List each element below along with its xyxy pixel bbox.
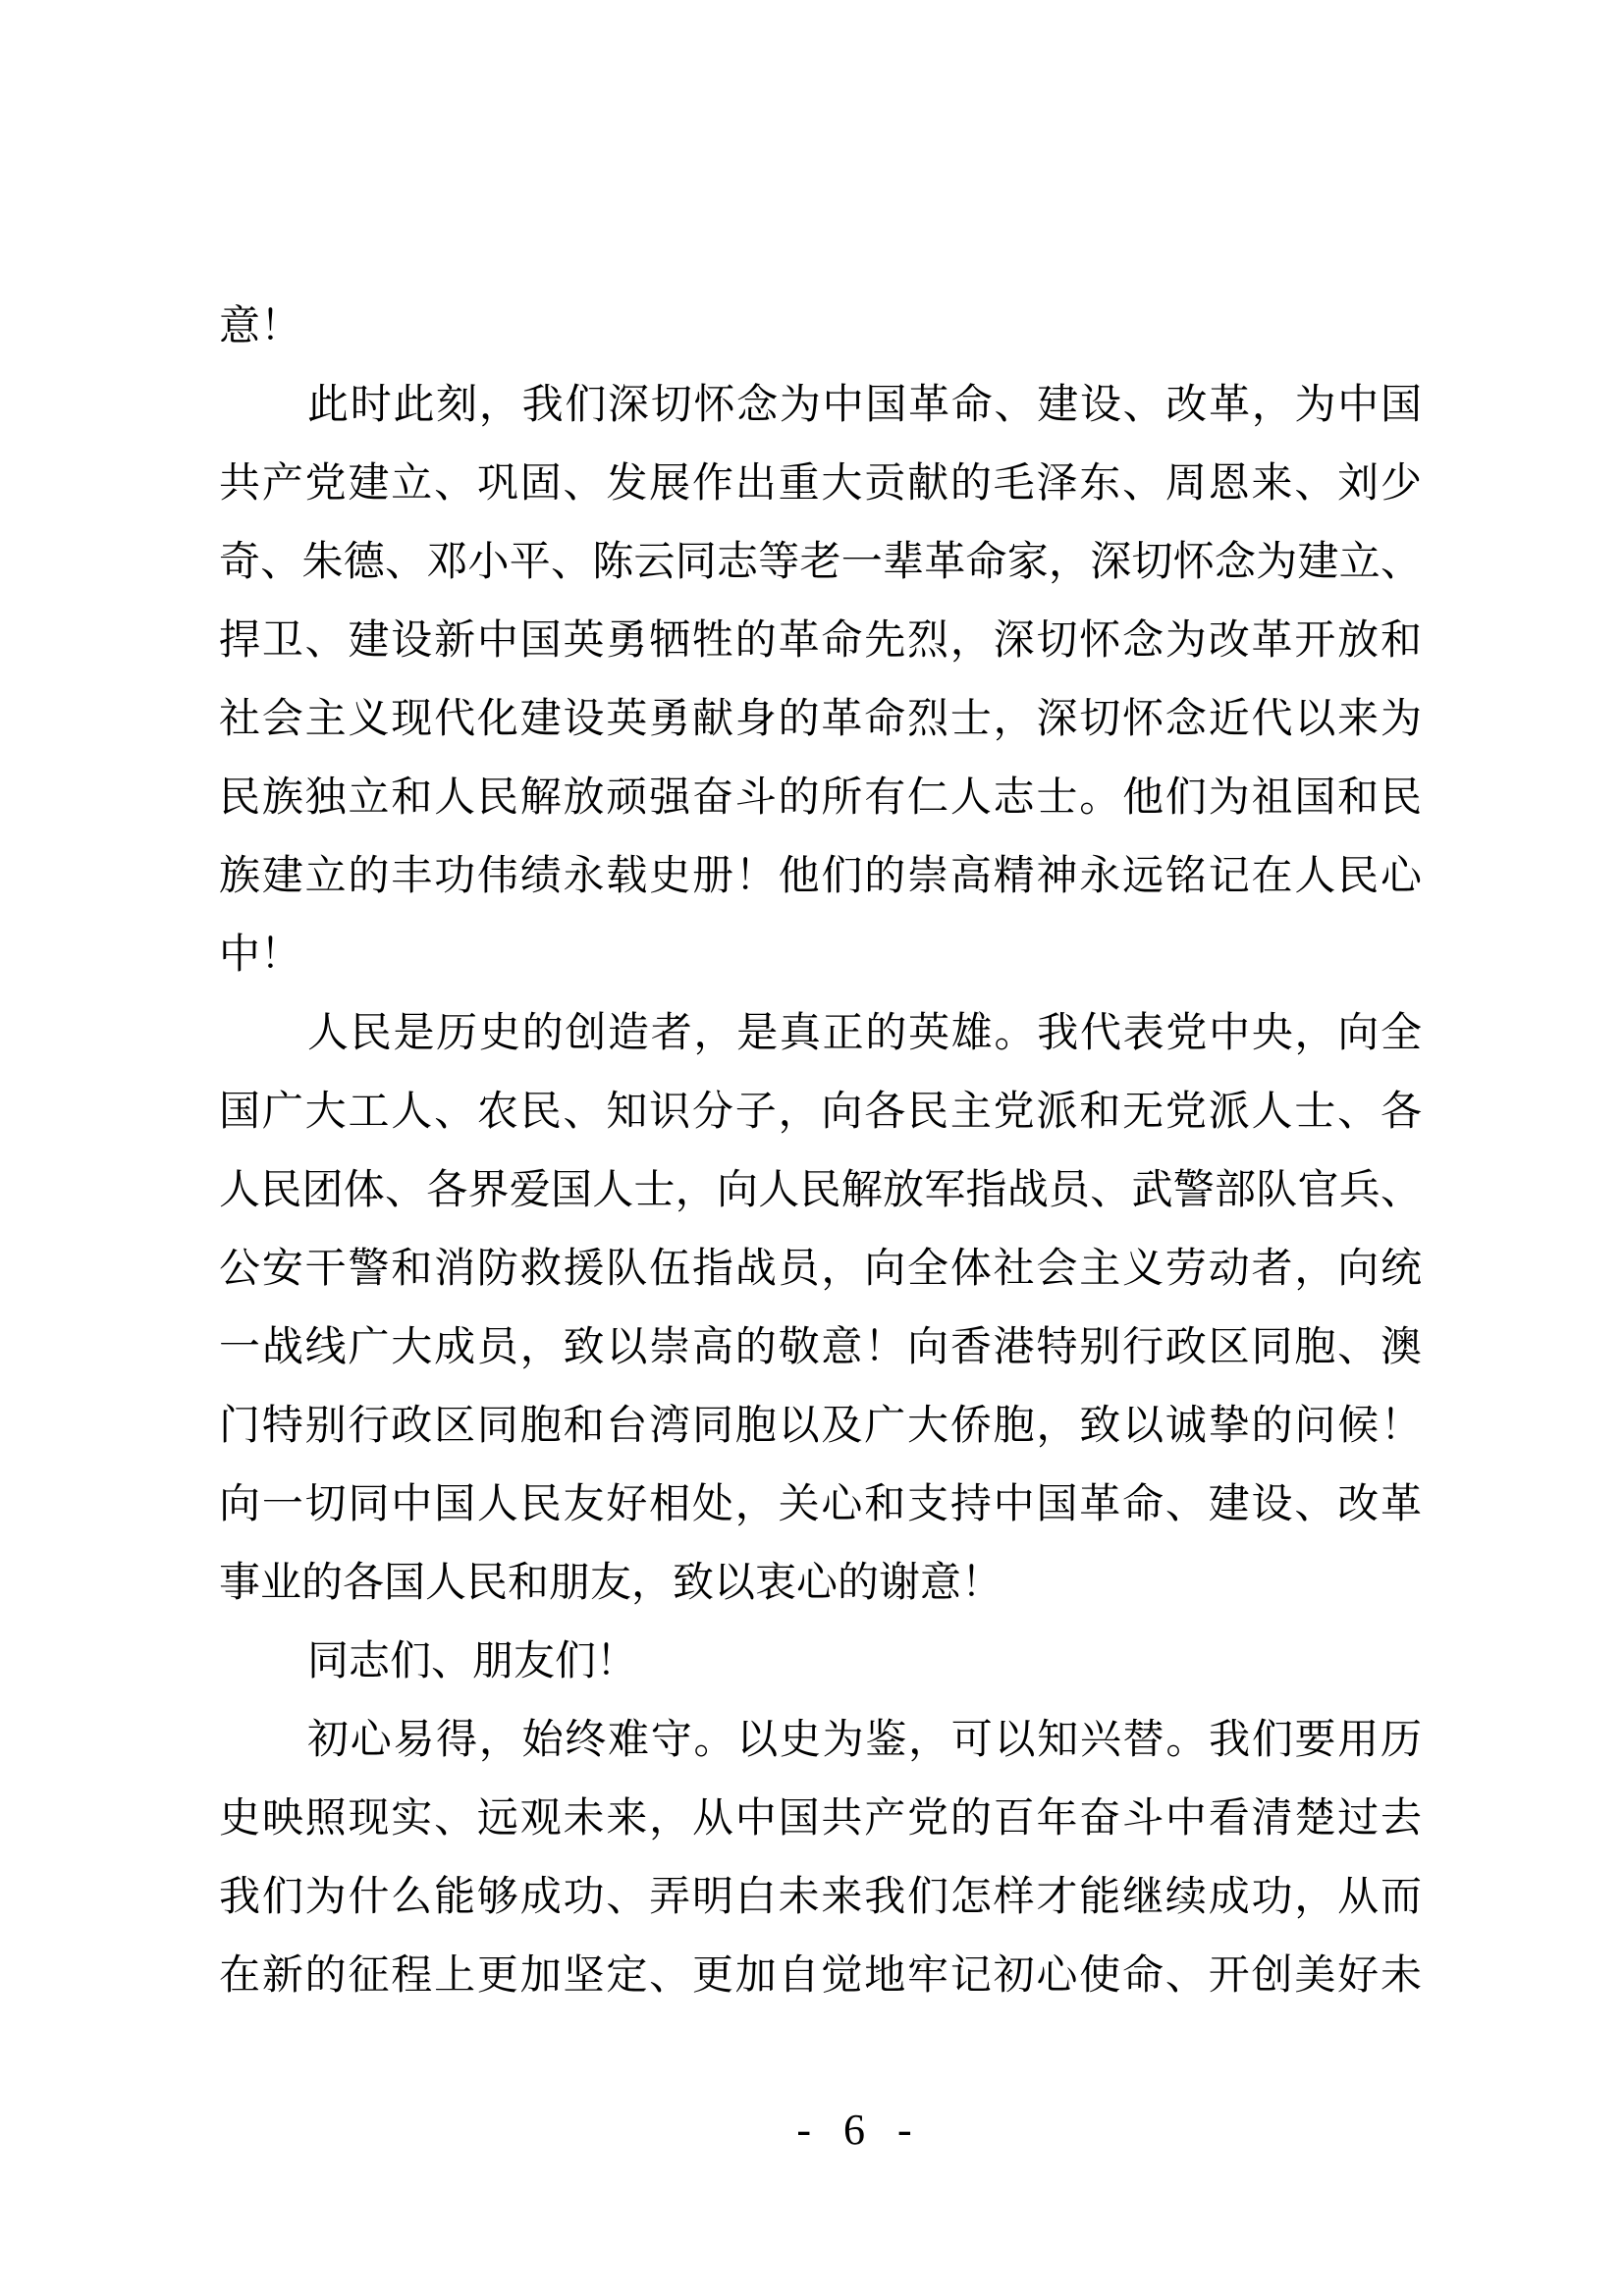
page-number: - 6 - — [796, 2109, 917, 2152]
text-line: 意！ — [219, 288, 1422, 366]
document-body: 意！ 此时此刻，我们深切怀念为中国革命、建设、改革，为中国 共产党建立、巩固、发… — [219, 288, 1422, 2015]
text-line: 在新的征程上更加坚定、更加自觉地牢记初心使命、开创美好未 — [219, 1937, 1422, 2015]
text-line: 族建立的丰功伟绩永载史册！他们的崇高精神永远铭记在人民心 — [219, 837, 1422, 916]
text-line: 一战线广大成员，致以崇高的敬意！向香港特别行政区同胞、澳 — [219, 1308, 1422, 1387]
text-line: 此时此刻，我们深切怀念为中国革命、建设、改革，为中国 — [219, 366, 1422, 445]
text-line: 社会主义现代化建设英勇献身的革命烈士，深切怀念近代以来为 — [219, 680, 1422, 759]
text-line: 门特别行政区同胞和台湾同胞以及广大侨胞，致以诚挚的问候！ — [219, 1387, 1422, 1466]
text-line: 奇、朱德、邓小平、陈云同志等老一辈革命家，深切怀念为建立、 — [219, 523, 1422, 602]
text-line: 共产党建立、巩固、发展作出重大贡献的毛泽东、周恩来、刘少 — [219, 445, 1422, 523]
document-page: 意！ 此时此刻，我们深切怀念为中国革命、建设、改革，为中国 共产党建立、巩固、发… — [0, 0, 1624, 2296]
text-line: 国广大工人、农民、知识分子，向各民主党派和无党派人士、各 — [219, 1073, 1422, 1151]
text-line: 我们为什么能够成功、弄明白未来我们怎样才能继续成功，从而 — [219, 1858, 1422, 1937]
text-line: 同志们、朋友们！ — [219, 1623, 1422, 1701]
text-line: 史映照现实、远观未来，从中国共产党的百年奋斗中看清楚过去 — [219, 1780, 1422, 1858]
text-line: 向一切同中国人民友好相处，关心和支持中国革命、建设、改革 — [219, 1466, 1422, 1544]
text-line: 公安干警和消防救援队伍指战员，向全体社会主义劳动者，向统 — [219, 1230, 1422, 1308]
text-line: 事业的各国人民和朋友，致以衷心的谢意！ — [219, 1544, 1422, 1623]
text-line: 人民团体、各界爱国人士，向人民解放军指战员、武警部队官兵、 — [219, 1151, 1422, 1230]
text-line: 初心易得，始终难守。以史为鉴，可以知兴替。我们要用历 — [219, 1701, 1422, 1780]
text-line: 捍卫、建设新中国英勇牺牲的革命先烈，深切怀念为改革开放和 — [219, 602, 1422, 680]
text-line: 人民是历史的创造者，是真正的英雄。我代表党中央，向全 — [219, 994, 1422, 1073]
text-line: 民族独立和人民解放顽强奋斗的所有仁人志士。他们为祖国和民 — [219, 759, 1422, 837]
text-line: 中！ — [219, 916, 1422, 994]
